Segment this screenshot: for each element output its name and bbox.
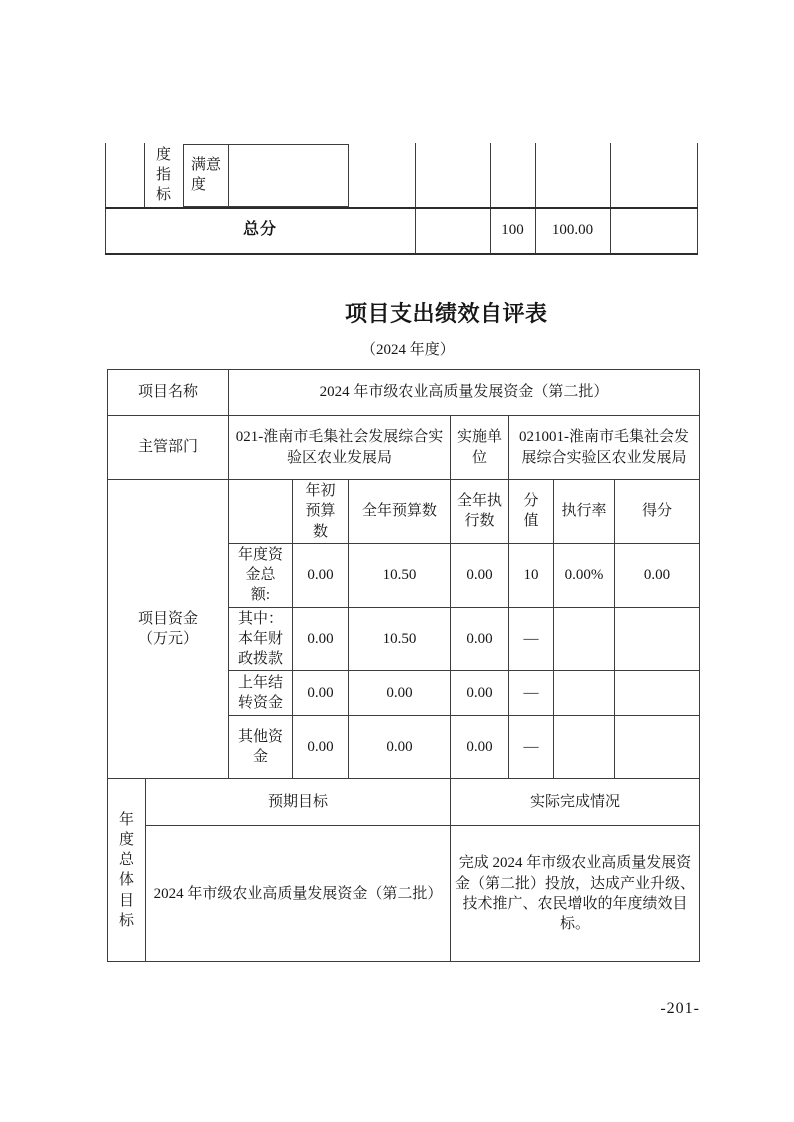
department-value: 021-淮南市毛集社会发展综合实验区农业发展局 <box>229 416 451 480</box>
funds-annual-budget: 0.00 <box>349 671 451 716</box>
goals-content-row: 2024 年市级农业高质量发展资金（第二批） 完成 2024 年市级农业高质量发… <box>108 826 700 962</box>
satisfaction-box: 满意 度 <box>183 144 349 207</box>
funds-header-row: 项目资金 （万元） 年初 预算 数 全年预算数 全年执 行数 分 值 执行率 得… <box>108 480 700 544</box>
funds-header-executed: 全年执 行数 <box>451 480 509 544</box>
fragment-bottom-line <box>105 253 698 255</box>
document-page: 度 指 标 满意 度 总分 100 100.00 项目支出绩效自评表 （2024… <box>0 0 794 1122</box>
funds-executed: 0.00 <box>451 671 509 716</box>
previous-table-fragment: 度 指 标 满意 度 总分 100 100.00 <box>105 143 698 255</box>
funds-header-points: 分 值 <box>509 480 554 544</box>
funds-annual-budget: 10.50 <box>349 543 451 607</box>
funds-score <box>615 607 700 671</box>
funds-points: — <box>509 716 554 779</box>
document-title: 项目支出绩效自评表 <box>345 297 548 328</box>
funds-initial: 0.00 <box>293 716 349 779</box>
funds-points: — <box>509 671 554 716</box>
expected-goal-header: 预期目标 <box>146 779 451 826</box>
funds-rowlabel-header <box>229 480 293 544</box>
implementing-unit-value: 021001-淮南市毛集社会发展综合实验区农业发展局 <box>509 416 700 480</box>
funds-header-initial: 年初 预算 数 <box>293 480 349 544</box>
page-number: -201- <box>600 1000 700 1018</box>
satisfaction-label: 满意 度 <box>184 145 229 206</box>
total-points-value: 100 <box>490 207 535 253</box>
funds-header-score: 得分 <box>615 480 700 544</box>
document-subtitle: （2024 年度） <box>361 338 455 359</box>
funds-section-label: 项目资金 （万元） <box>108 480 229 779</box>
goals-header-row: 年 度 总 体 目 标 预期目标 实际完成情况 <box>108 779 700 826</box>
funds-rate <box>554 607 615 671</box>
funds-score: 0.00 <box>615 543 700 607</box>
funds-points: — <box>509 607 554 671</box>
project-name-row: 项目名称 2024 年市级农业高质量发展资金（第二批） <box>108 370 700 416</box>
actual-completion-value: 完成 2024 年市级农业高质量发展资金（第二批）投放，达成产业升级、技术推广、… <box>451 826 700 962</box>
funds-initial: 0.00 <box>293 671 349 716</box>
funds-executed: 0.00 <box>451 716 509 779</box>
dimension-indicator-label: 度 指 标 <box>144 143 183 207</box>
funds-executed: 0.00 <box>451 543 509 607</box>
funds-header-annual-budget: 全年预算数 <box>349 480 451 544</box>
actual-completion-header: 实际完成情况 <box>451 779 700 826</box>
self-evaluation-table: 项目名称 2024 年市级农业高质量发展资金（第二批） 主管部门 021-淮南市… <box>107 369 700 962</box>
funds-executed: 0.00 <box>451 607 509 671</box>
funds-rate <box>554 716 615 779</box>
implementing-unit-label: 实施单 位 <box>451 416 509 480</box>
funds-score <box>615 671 700 716</box>
fragment-divider <box>610 143 611 255</box>
fragment-divider <box>415 143 416 255</box>
goals-section-label: 年 度 总 体 目 标 <box>108 779 146 962</box>
funds-header-rate: 执行率 <box>554 480 615 544</box>
funds-initial: 0.00 <box>293 607 349 671</box>
fragment-right-border <box>697 143 698 255</box>
department-label: 主管部门 <box>108 416 229 480</box>
funds-initial: 0.00 <box>293 543 349 607</box>
funds-rate: 0.00% <box>554 543 615 607</box>
total-score-value: 100.00 <box>535 207 610 253</box>
funds-score <box>615 716 700 779</box>
funds-annual-budget: 0.00 <box>349 716 451 779</box>
funds-row-label: 上年结 转资金 <box>229 671 293 716</box>
project-name-label: 项目名称 <box>108 370 229 416</box>
department-row: 主管部门 021-淮南市毛集社会发展综合实验区农业发展局 实施单 位 02100… <box>108 416 700 480</box>
funds-row-label: 其他资 金 <box>229 716 293 779</box>
project-name-value: 2024 年市级农业高质量发展资金（第二批） <box>229 370 700 416</box>
funds-row-label: 其中： 本年财 政拨款 <box>229 607 293 671</box>
funds-rate <box>554 671 615 716</box>
funds-annual-budget: 10.50 <box>349 607 451 671</box>
expected-goal-value: 2024 年市级农业高质量发展资金（第二批） <box>146 826 451 962</box>
funds-points: 10 <box>509 543 554 607</box>
funds-row-label: 年度资 金总 额: <box>229 543 293 607</box>
total-score-label: 总分 <box>105 207 415 253</box>
